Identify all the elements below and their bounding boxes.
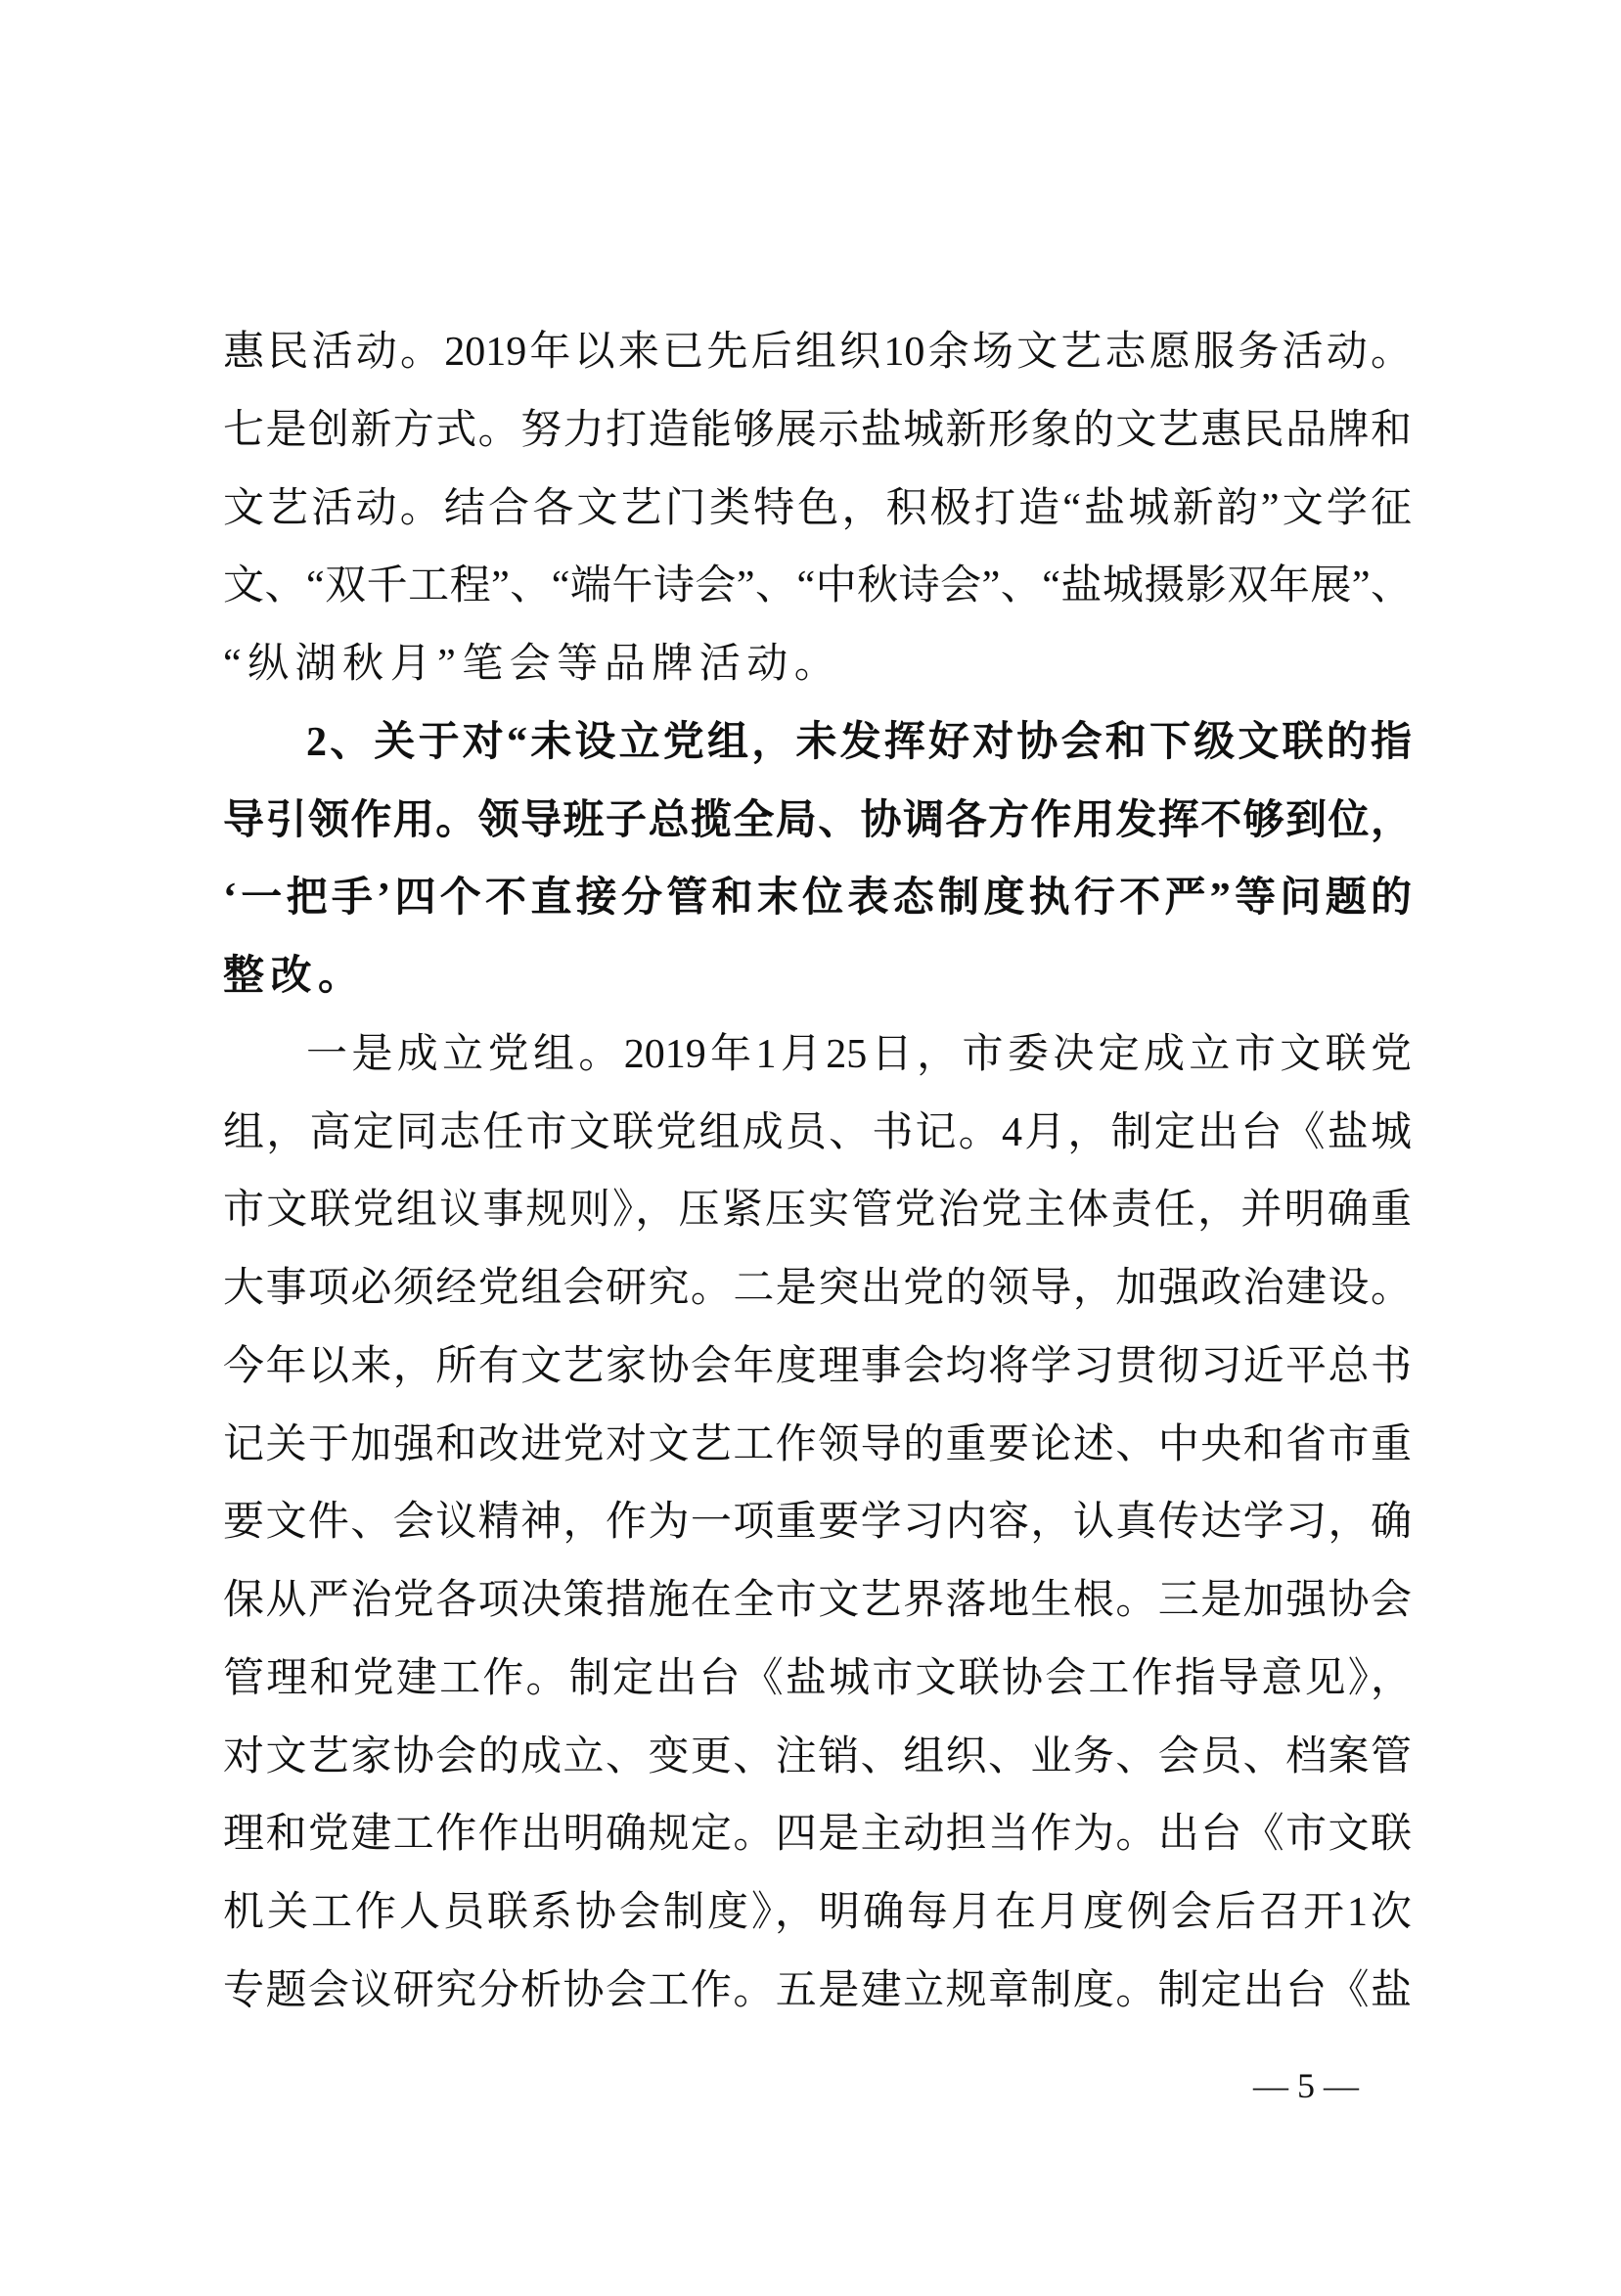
body-line: 市文联党组议事规则》，压紧压实管党治党主体责任，并明确重 bbox=[223, 1171, 1412, 1249]
body-line: 要文件、会议精神，作为一项重要学习内容，认真传达学习，确 bbox=[223, 1483, 1412, 1561]
body-line: 文、“双千工程”、“端午诗会”、“中秋诗会”、“盐城摄影双年展”、 bbox=[223, 547, 1412, 625]
page-number: — 5 — bbox=[1235, 2064, 1377, 2107]
body-line: 大事项必须经党组会研究。二是突出党的领导，加强政治建设。 bbox=[223, 1249, 1412, 1328]
body-line: 记关于加强和改进党对文艺工作领导的重要论述、中央和省市重 bbox=[223, 1406, 1412, 1484]
document-page: 惠民活动。2019年以来已先后组织10余场文艺志愿服务活动。 七是创新方式。努力… bbox=[0, 0, 1621, 2296]
body-line: 惠民活动。2019年以来已先后组织10余场文艺志愿服务活动。 bbox=[223, 313, 1412, 391]
body-line: 今年以来，所有文艺家协会年度理事会均将学习贯彻习近平总书 bbox=[223, 1328, 1412, 1406]
section-heading-line: 导引领作用。领导班子总揽全局、协调各方作用发挥不够到位， bbox=[223, 782, 1412, 860]
body-line: 保从严治党各项决策措施在全市文艺界落地生根。三是加强协会 bbox=[223, 1561, 1412, 1640]
body-line: 文艺活动。结合各文艺门类特色，积极打造“盐城新韵”文学征 bbox=[223, 470, 1412, 548]
body-line: 专题会议研究分析协会工作。五是建立规章制度。制定出台《盐 bbox=[223, 1952, 1412, 2030]
body-line: 管理和党建工作。制定出台《盐城市文联协会工作指导意见》， bbox=[223, 1640, 1412, 1718]
section-heading-line: 2、关于对“未设立党组，未发挥好对协会和下级文联的指 bbox=[306, 703, 1412, 782]
body-line: 理和党建工作作出明确规定。四是主动担当作为。出台《市文联 bbox=[223, 1795, 1412, 1873]
body-line: 机关工作人员联系协会制度》，明确每月在月度例会后召开1次 bbox=[223, 1873, 1412, 1952]
body-line: 七是创新方式。努力打造能够展示盐城新形象的文艺惠民品牌和 bbox=[223, 391, 1412, 470]
body-line: “纵湖秋月”笔会等品牌活动。 bbox=[223, 625, 1412, 703]
body-line: 对文艺家协会的成立、变更、注销、组织、业务、会员、档案管 bbox=[223, 1718, 1412, 1796]
section-heading-line: 整改。 bbox=[223, 937, 1412, 1015]
section-heading-line: ‘一把手’四个不直接分管和末位表态制度执行不严”等问题的 bbox=[223, 859, 1412, 937]
body-line: 一是成立党组。2019年1月25日，市委决定成立市文联党 bbox=[306, 1015, 1412, 1094]
body-line: 组，高定同志任市文联党组成员、书记。4月，制定出台《盐城 bbox=[223, 1094, 1412, 1172]
